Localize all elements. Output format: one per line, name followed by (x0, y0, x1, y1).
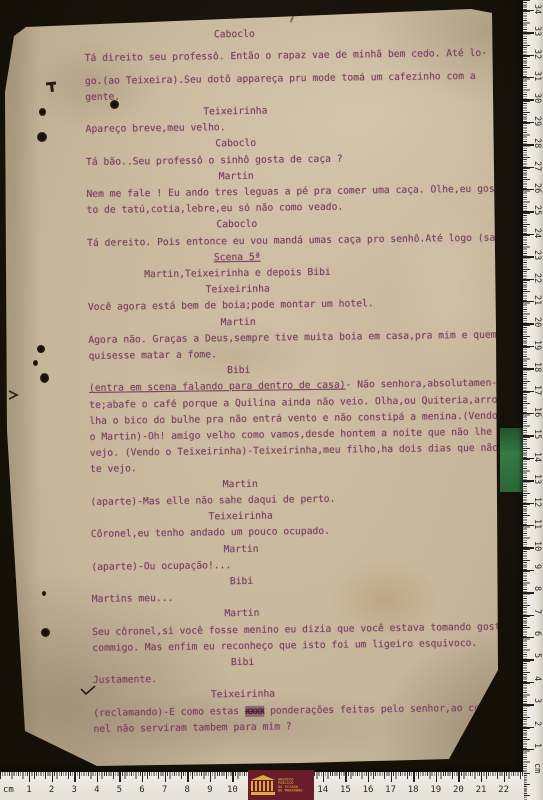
ruler-number: 7 (162, 785, 167, 795)
ruler-number: 21 (476, 785, 487, 795)
ruler-number: 27 (532, 161, 542, 173)
ruler-number: 3 (532, 698, 542, 710)
ruler-cm-tick (119, 772, 120, 782)
ruler-cm-tick (29, 772, 30, 782)
ruler-number: 17 (532, 385, 542, 397)
vertical-ruler: 1234567891011121314151617181920212223242… (523, 0, 543, 800)
ruler-number: 29 (532, 116, 542, 128)
ruler-number: 22 (498, 785, 509, 795)
pen-mark-t (46, 81, 56, 85)
ruler-cm-tick (323, 772, 324, 782)
ruler-number: 28 (532, 138, 542, 150)
ruler-number: 1 (26, 785, 31, 795)
ruler-number: 34 (532, 4, 542, 16)
ruler-number: 6 (139, 785, 144, 795)
ruler-number: 1 (532, 743, 542, 755)
ruler-cm-tick (458, 772, 459, 782)
ruler-number: 20 (453, 785, 464, 795)
ruler-number: 2 (532, 721, 542, 733)
ruler-number: 30 (532, 93, 542, 105)
ruler-cm-tick (436, 772, 437, 782)
ruler-cm-tick (142, 772, 143, 782)
ruler-cm-tick (52, 772, 53, 782)
ruler-number: 14 (317, 785, 328, 795)
ruler-number: 10 (532, 541, 542, 553)
ruler-number: 5 (532, 653, 542, 665)
ruler-number: 24 (532, 228, 542, 240)
ruler-cm-tick (504, 772, 505, 782)
ruler-number: 15 (532, 429, 542, 441)
ruler-number: 12 (532, 497, 542, 509)
ruler-number: 3 (71, 785, 76, 795)
ruler-number: 23 (532, 250, 542, 262)
manuscript-paper: 6CabocloTá direito seu professô. Então o… (0, 0, 543, 800)
ruler-cm-tick (481, 772, 482, 782)
ruler-number: 6 (532, 631, 542, 643)
ruler-cm-tick (97, 772, 98, 782)
ruler-number: 7 (532, 609, 542, 621)
archive-logo: ARQUIVO PÚBLICO DO ESTADO DO MARANHÃO (248, 770, 314, 800)
ruler-cm-tick (74, 772, 75, 782)
vertical-ruler-unit-label: cm (532, 763, 542, 775)
typewritten-script: 6CabocloTá direito seu professô. Então o… (84, 2, 522, 737)
ruler-number: 20 (532, 317, 542, 329)
ruler-number: 18 (408, 785, 419, 795)
ruler-cm-tick (187, 772, 188, 782)
pen-mark-chevron (8, 390, 20, 400)
ruler-number: 13 (532, 474, 542, 486)
ruler-number: 5 (117, 785, 122, 795)
ruler-number: 11 (532, 519, 542, 531)
ruler-number: 8 (532, 586, 542, 598)
ruler-number: 14 (532, 452, 542, 464)
ruler-number: 19 (430, 785, 441, 795)
ruler-number: 18 (532, 362, 542, 374)
horizontal-ruler-unit-label: cm (3, 785, 14, 795)
ruler-number: 9 (207, 785, 212, 795)
ruler-number: 22 (532, 273, 542, 285)
ruler-cm-tick (210, 772, 211, 782)
ruler-number: 32 (532, 49, 542, 61)
ruler-number: 33 (532, 26, 542, 38)
ruler-cm-tick (345, 772, 346, 782)
ink-spot (41, 628, 50, 637)
ruler-number: 10 (227, 785, 238, 795)
ruler-cm-tick (232, 772, 233, 782)
ruler-number: 31 (532, 71, 542, 83)
ruler-number: 26 (532, 183, 542, 195)
ruler-number: 8 (184, 785, 189, 795)
archive-logo-text: ARQUIVO PÚBLICO DO ESTADO DO MARANHÃO (278, 777, 303, 792)
ruler-number: 16 (532, 407, 542, 419)
ruler-number: 4 (94, 785, 99, 795)
ruler-cm-tick (165, 772, 166, 782)
ruler-cm-tick (368, 772, 369, 782)
ruler-number: 2 (49, 785, 54, 795)
ruler-number: 15 (340, 785, 351, 795)
ruler-number: 9 (532, 564, 542, 576)
script-line-dialogue: Tá direito seu professô. Então o rapaz v… (85, 46, 513, 68)
ruler-number: 21 (532, 295, 542, 307)
ruler-number: 25 (532, 205, 542, 217)
ruler-number: 19 (532, 340, 542, 352)
archive-logo-text-line: DO MARANHÃO (278, 789, 303, 793)
ruler-cm-tick (413, 772, 414, 782)
ruler-number: 16 (363, 785, 374, 795)
script-line-character: Caboclo (20, 24, 448, 46)
ruler-number: 17 (385, 785, 396, 795)
ruler-number: 4 (532, 676, 542, 688)
ink-spot (37, 345, 45, 353)
ruler-cm-tick (391, 772, 392, 782)
archive-building-icon (251, 775, 275, 795)
vertical-ruler-halfcm-ticks (523, 0, 530, 800)
